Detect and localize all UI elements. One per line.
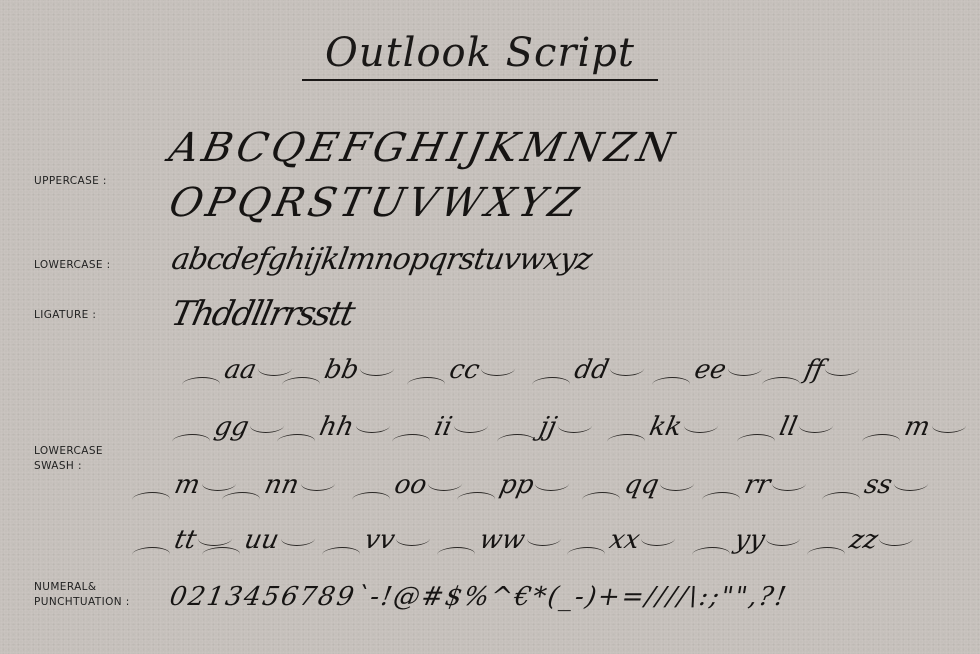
uppercase-sample-row2: OPQRSTUVWXYZ — [165, 180, 586, 226]
swash-pair: rr — [742, 470, 773, 500]
label-numeral: NUMERAL& PUNCHTUATION : — [34, 580, 130, 610]
swash-pair: gg — [212, 412, 252, 442]
swash-pair: jj — [537, 412, 560, 442]
swash-pair: nn — [262, 470, 302, 500]
ligature-sample: Thddllrrsstt — [168, 294, 357, 334]
swash-pair: cc — [447, 355, 483, 385]
swash-pair: ss — [862, 470, 895, 500]
swash-pair: yy — [732, 525, 768, 555]
swash-pair: m — [172, 470, 203, 500]
swash-pair: xx — [607, 525, 643, 555]
swash-pair: dd — [572, 355, 612, 385]
swash-pair: kk — [647, 412, 685, 442]
font-title: Outlook Script — [300, 28, 660, 84]
swash-pair: aa — [222, 355, 259, 385]
swash-pair: hh — [317, 412, 357, 442]
swash-pair: bb — [322, 355, 362, 385]
swash-pair: zz — [847, 525, 881, 555]
swash-row-3: m nn oo pp qq rr ss — [170, 470, 930, 510]
label-lowercase: LOWERCASE : — [34, 258, 111, 273]
swash-pair: ee — [692, 355, 729, 385]
label-ligature: LIGATURE : — [34, 308, 96, 323]
swash-row-2: gg hh ii jj kk ll m — [170, 412, 930, 452]
label-numeral-line2: PUNCHTUATION : — [34, 595, 130, 610]
swash-pair: ff — [802, 355, 827, 385]
numeral-punctuation-sample: 0213456789`-!@#$%^€*(_-)+=////\:;"",?! — [167, 582, 790, 612]
swash-pair: pp — [497, 470, 537, 500]
title-underline — [302, 79, 658, 81]
swash-pair: qq — [622, 470, 662, 500]
uppercase-sample-row1: ABCQEFGHIJKMNZN — [165, 125, 681, 171]
lowercase-sample: abcdefghijklmnopqrstuvwxyz — [169, 242, 594, 277]
swash-row-4: tt uu vv ww xx yy zz — [170, 525, 930, 565]
swash-pair: m — [902, 412, 933, 442]
swash-pair: vv — [362, 525, 398, 555]
label-lowercase-swash: LOWERCASE SWASH : — [34, 444, 103, 474]
swash-pair: tt — [172, 525, 199, 555]
label-numeral-line1: NUMERAL& — [34, 580, 130, 595]
swash-pair: uu — [242, 525, 282, 555]
swash-pair: ww — [477, 525, 528, 555]
swash-pair: ii — [432, 412, 455, 442]
label-swash-line2: SWASH : — [34, 459, 103, 474]
swash-row-1: aa bb cc dd ee ff — [170, 355, 930, 395]
label-swash-line1: LOWERCASE — [34, 444, 103, 459]
label-uppercase: UPPERCASE : — [34, 174, 107, 189]
swash-pair: oo — [392, 470, 430, 500]
swash-pair: ll — [777, 412, 800, 442]
